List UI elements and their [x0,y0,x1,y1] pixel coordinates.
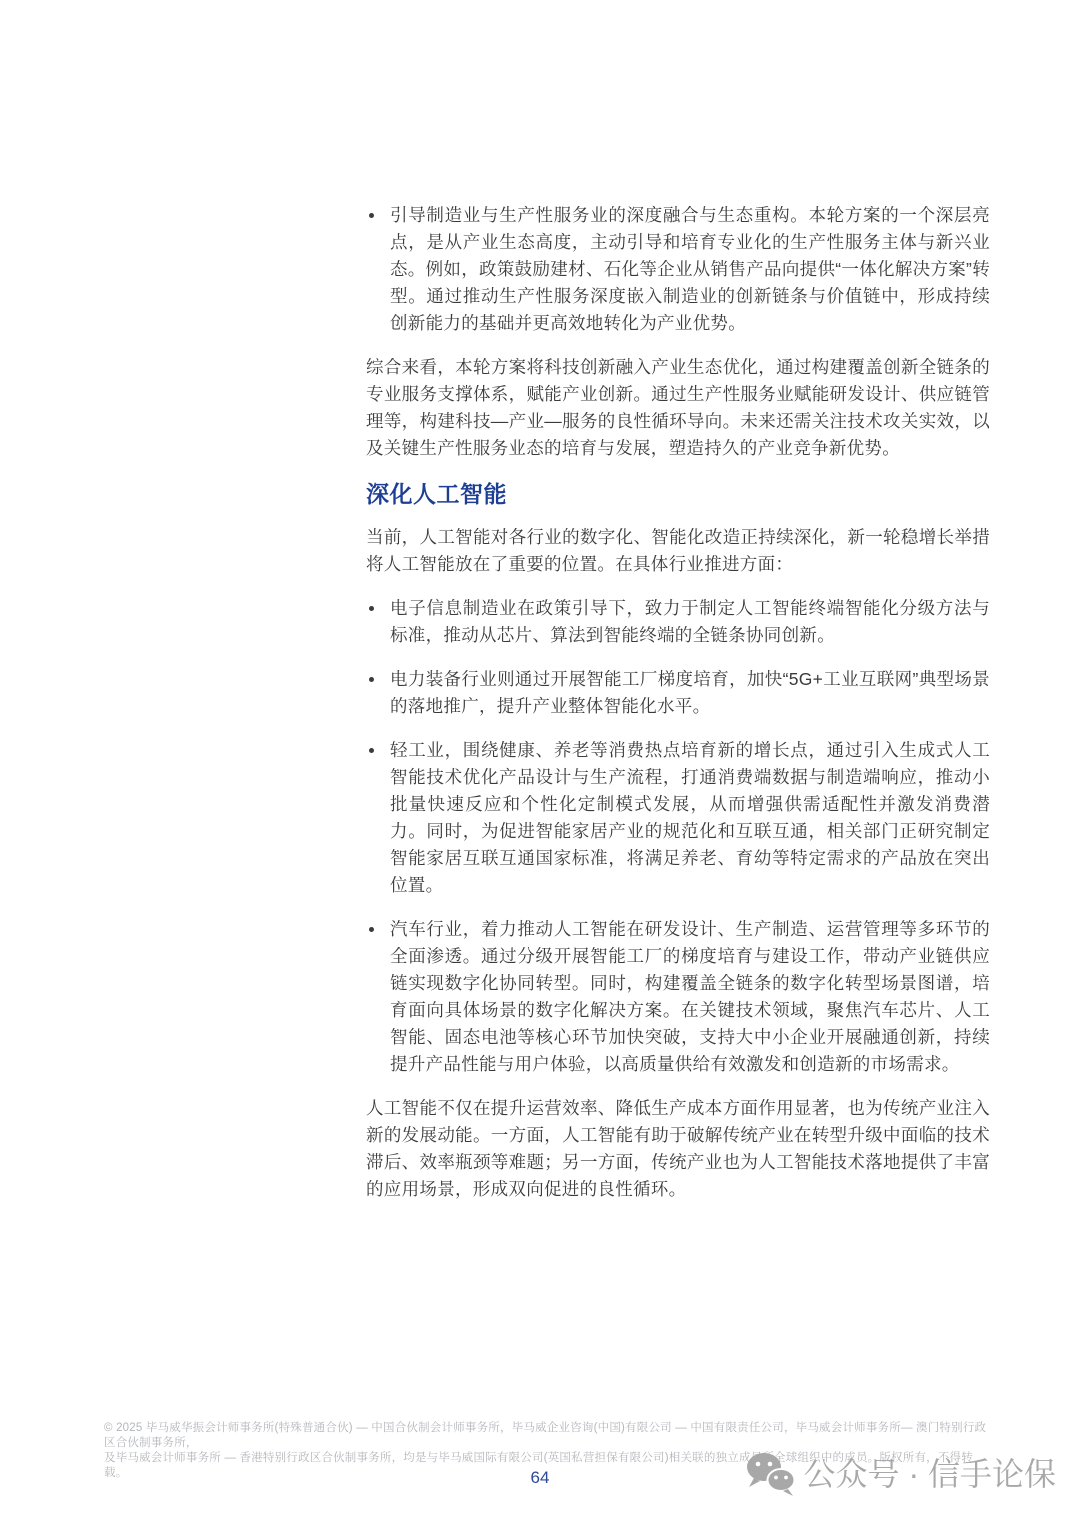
list-item: 引导制造业与生产性服务业的深度融合与生态重构。本轮方案的一个深层亮点，是从产业生… [366,202,990,337]
wechat-icon [745,1451,797,1497]
bullet-icon [369,213,374,218]
legal-line-1: © 2025 毕马威华振会计师事务所(特殊普通合伙) — 中国合伙制会计师事务所… [104,1421,994,1451]
list-item: 电子信息制造业在政策引导下，致力于制定人工智能终端智能化分级方法与标准，推动从芯… [366,595,990,649]
bullet-text: 引导制造业与生产性服务业的深度融合与生态重构。本轮方案的一个深层亮点，是从产业生… [390,205,990,333]
bullet-icon [369,748,374,753]
bullet-text: 电力装备行业则通过开展智能工厂梯度培育，加快“5G+工业互联网”典型场景的落地推… [390,669,990,716]
list-item: 汽车行业，着力推动人工智能在研发设计、生产制造、运营管理等多环节的全面渗透。通过… [366,916,990,1078]
wechat-watermark: 公众号 · 信手论保 [745,1451,1056,1497]
industry-bullet-list: 电子信息制造业在政策引导下，致力于制定人工智能终端智能化分级方法与标准，推动从芯… [366,595,990,1078]
bullet-text: 电子信息制造业在政策引导下，致力于制定人工智能终端智能化分级方法与标准，推动从芯… [390,598,990,645]
bullet-icon [369,606,374,611]
bullet-icon [369,677,374,682]
bullet-text: 汽车行业，着力推动人工智能在研发设计、生产制造、运营管理等多环节的全面渗透。通过… [390,919,990,1074]
intro-paragraph: 当前，人工智能对各行业的数字化、智能化改造正持续深化，新一轮稳增长举措将人工智能… [366,524,990,578]
closing-paragraph: 人工智能不仅在提升运营效率、降低生产成本方面作用显著，也为传统产业注入新的发展动… [366,1095,990,1203]
report-page: 引导制造业与生产性服务业的深度融合与生态重构。本轮方案的一个深层亮点，是从产业生… [0,0,1080,1515]
page-content: 引导制造业与生产性服务业的深度融合与生态重构。本轮方案的一个深层亮点，是从产业生… [366,202,990,1220]
list-item: 电力装备行业则通过开展智能工厂梯度培育，加快“5G+工业互联网”典型场景的落地推… [366,666,990,720]
fusion-bullet-list: 引导制造业与生产性服务业的深度融合与生态重构。本轮方案的一个深层亮点，是从产业生… [366,202,990,337]
bullet-text: 轻工业，围绕健康、养老等消费热点培育新的增长点，通过引入生成式人工智能技术优化产… [390,740,990,895]
watermark-text: 公众号 · 信手论保 [804,1452,1056,1496]
summary-paragraph: 综合来看，本轮方案将科技创新融入产业生态优化，通过构建覆盖创新全链条的专业服务支… [366,354,990,462]
bullet-icon [369,927,374,932]
list-item: 轻工业，围绕健康、养老等消费热点培育新的增长点，通过引入生成式人工智能技术优化产… [366,737,990,899]
section-heading: 深化人工智能 [366,479,990,509]
